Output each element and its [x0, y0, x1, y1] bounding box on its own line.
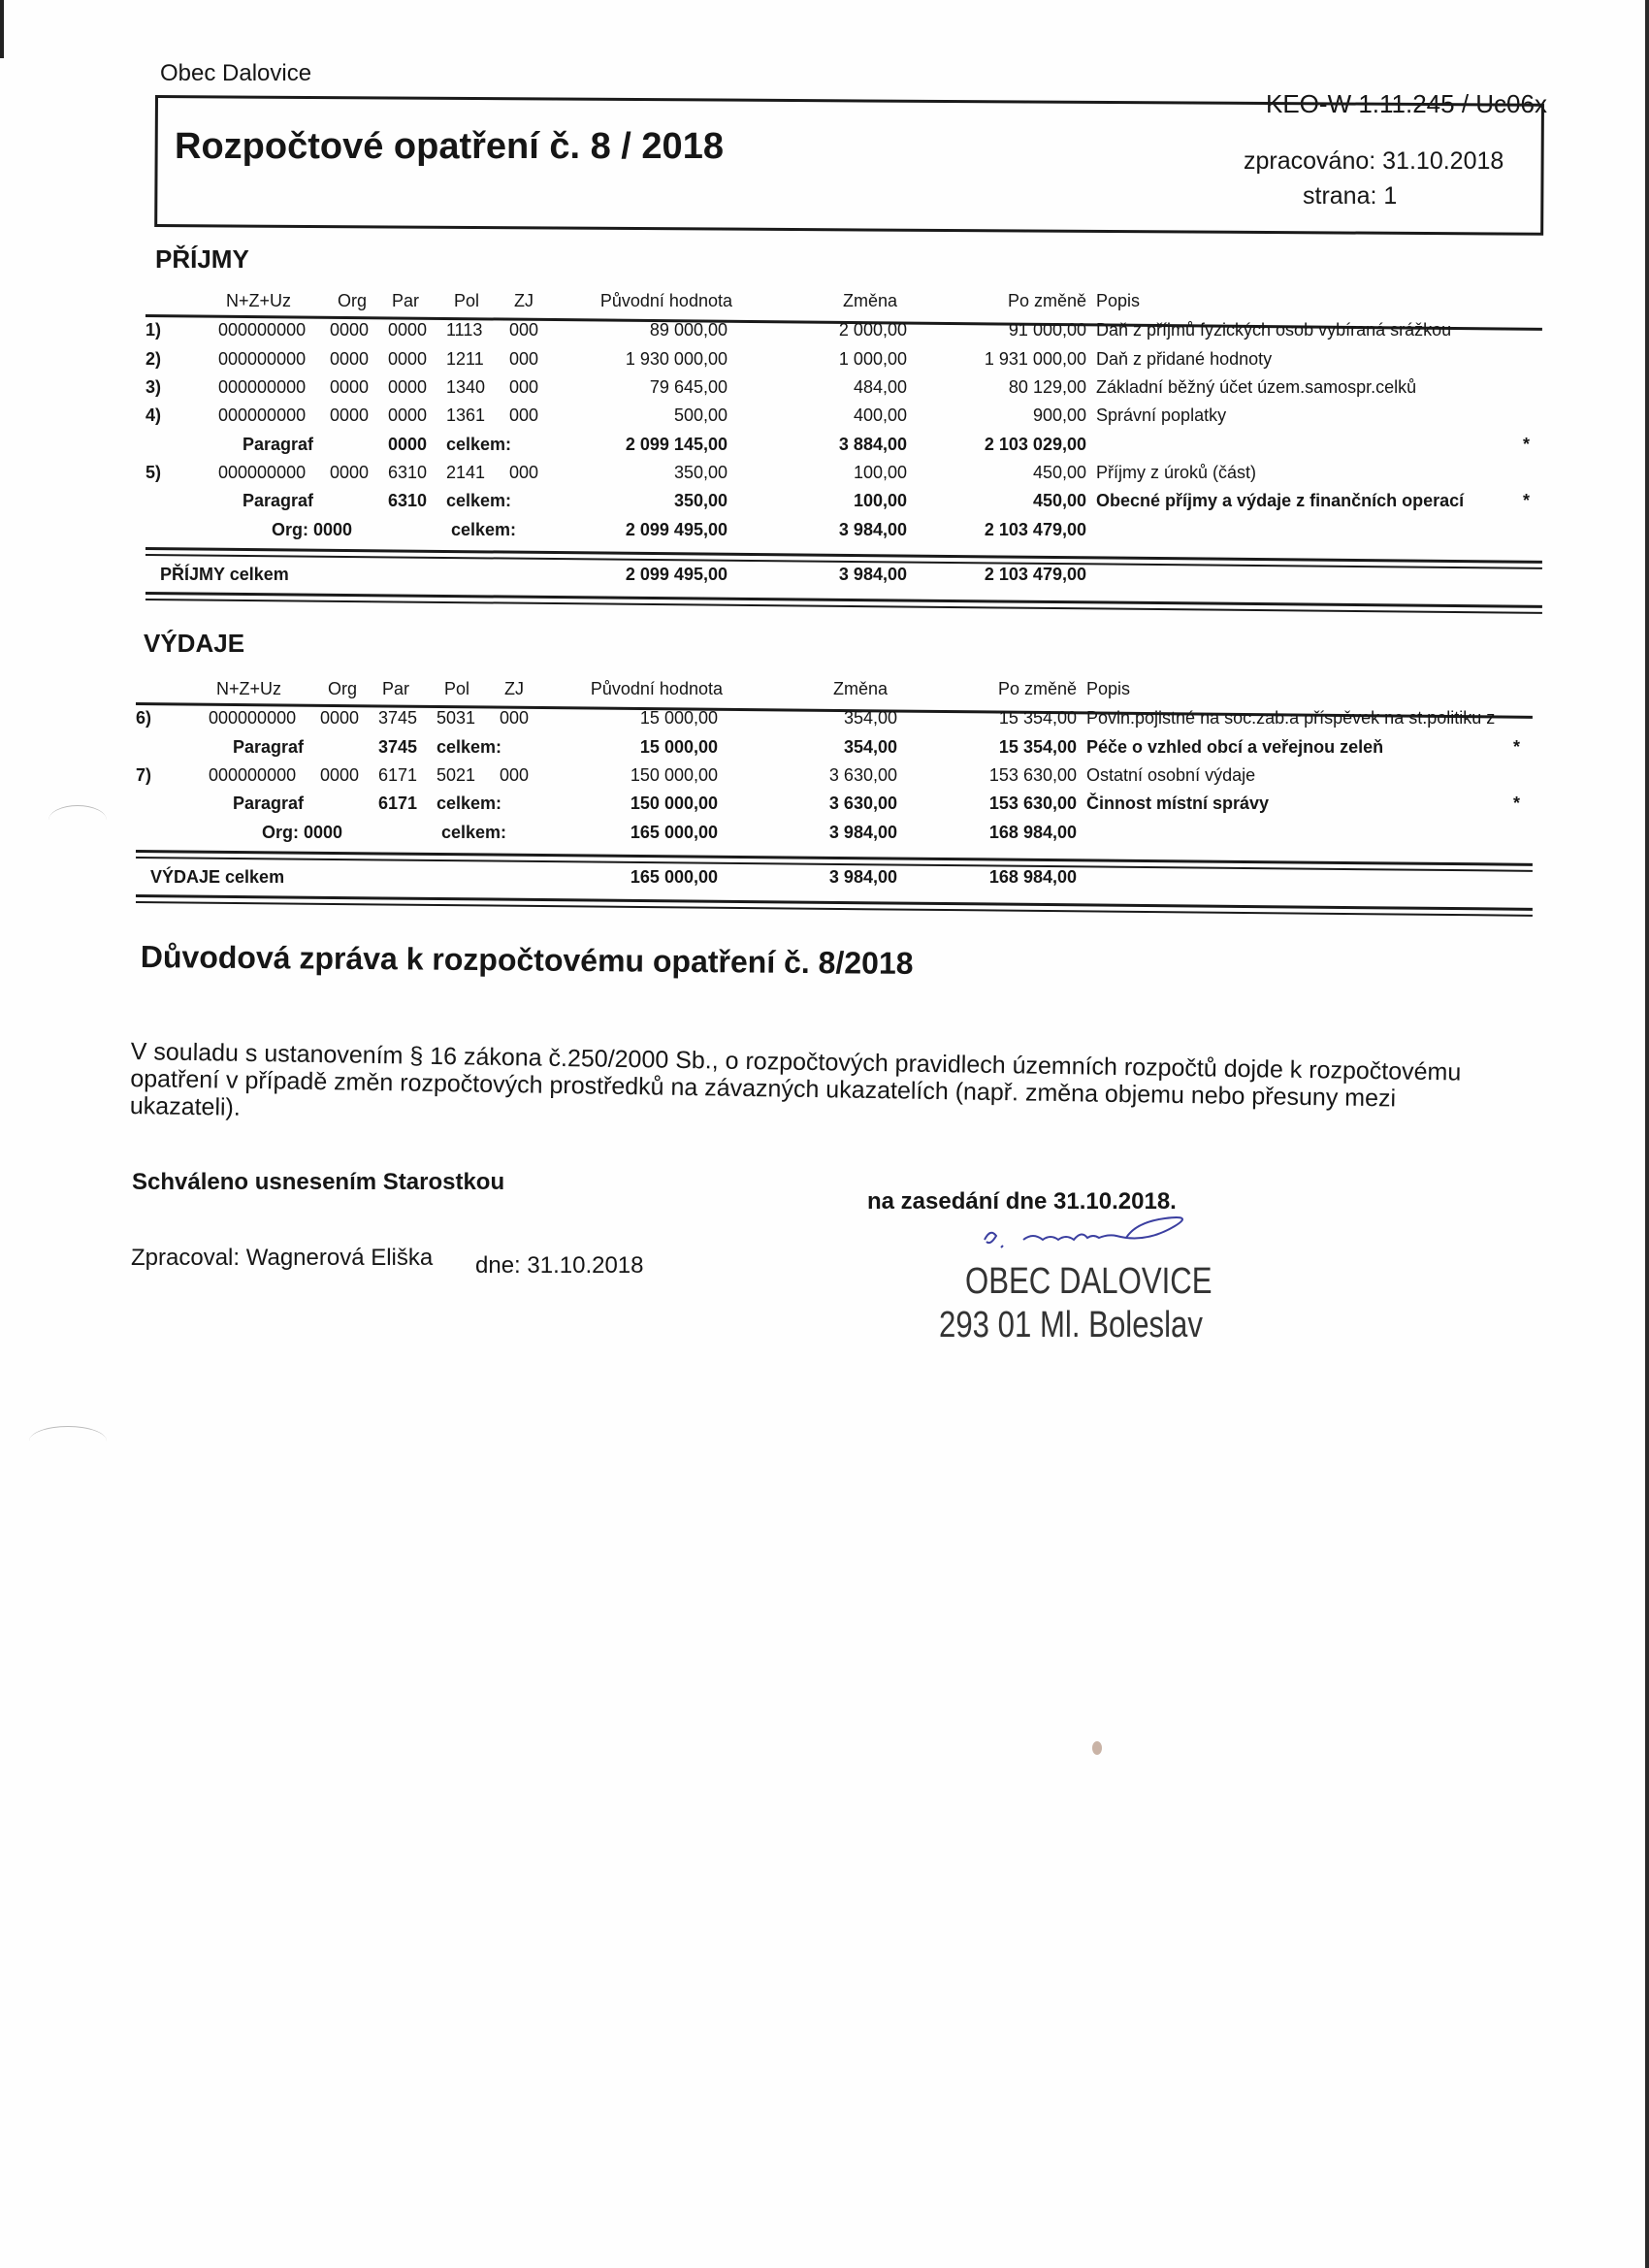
document-title: Rozpočtové opatření č. 8 / 2018: [175, 126, 724, 168]
subtotal-row: VÝDAJE celkem165 000,003 984,00168 984,0…: [136, 867, 1533, 892]
pol-cell: 1340: [446, 377, 485, 398]
column-header: Pol: [454, 291, 479, 311]
description-cell: Povin.pojistné na soc.zab.a příspěvek na…: [1086, 708, 1495, 729]
section-heading-vydaje: VÝDAJE: [144, 629, 244, 659]
signature-icon: [980, 1211, 1242, 1259]
table-row: 5)000000000000063102141000350,00100,0045…: [145, 463, 1542, 488]
paragraph-label: Paragraf: [242, 491, 313, 511]
row-number: 3): [145, 377, 161, 398]
pol-cell: 1113: [446, 320, 482, 340]
nzuz-cell: 000000000: [209, 708, 296, 729]
asterisk-mark: *: [1523, 491, 1530, 511]
pol-cell: 1361: [446, 405, 485, 426]
subtotal-row: Org: 0000celkem:2 099 495,003 984,002 10…: [145, 520, 1542, 545]
stamp-line1: OBEC DALOVICE: [965, 1261, 1212, 1303]
nzuz-cell: 000000000: [218, 463, 306, 483]
section-heading-prijmy: PŘÍJMY: [155, 244, 249, 275]
description-cell: Daň z příjmů fyzických osob vybíraná srá…: [1096, 320, 1451, 340]
column-header: Org: [328, 679, 357, 699]
org-cell: 0000: [330, 349, 369, 370]
page-value: 1: [1383, 182, 1397, 210]
total-suffix: celkem:: [446, 491, 511, 511]
subtotal-row: Paragraf0000celkem:2 099 145,003 884,002…: [145, 435, 1542, 460]
table-row: 1)00000000000000000111300089 000,002 000…: [145, 320, 1542, 345]
column-header: Změna: [684, 291, 897, 311]
total-suffix: celkem:: [436, 737, 501, 758]
organization-name: Obec Dalovice: [160, 60, 311, 87]
after-value: 450,00: [873, 463, 1086, 483]
column-header: Org: [338, 291, 367, 311]
table-header-row: N+Z+UzOrgParPolZJPůvodní hodnotaZměnaPo …: [136, 679, 1533, 704]
after-value: 153 630,00: [863, 765, 1077, 786]
after-total: 168 984,00: [863, 823, 1077, 843]
subtotal-row: PŘÍJMY celkem2 099 495,003 984,002 103 4…: [145, 565, 1542, 590]
report-title: Důvodová zpráva k rozpočtovému opatření …: [141, 939, 914, 982]
scan-mark: [29, 1426, 107, 1456]
total-suffix: celkem:: [441, 823, 506, 843]
description-cell: Příjmy z úroků (část): [1096, 463, 1256, 483]
scan-edge: [0, 0, 4, 58]
page-number: strana: 1: [1303, 182, 1397, 211]
after-grand-total: 168 984,00: [863, 867, 1077, 888]
paragraph-code: 6310: [388, 491, 427, 511]
column-header: Po změně: [863, 679, 1077, 699]
description-cell: Správní poplatky: [1096, 405, 1226, 426]
table-row: 2)0000000000000000012110001 930 000,001 …: [145, 349, 1542, 374]
after-value: 91 000,00: [873, 320, 1086, 340]
after-value: 900,00: [873, 405, 1086, 426]
prepared-by: Zpracoval: Wagnerová Eliška: [131, 1245, 433, 1272]
pol-cell: 5021: [436, 765, 475, 786]
row-number: 4): [145, 405, 161, 426]
total-suffix: celkem:: [436, 794, 501, 814]
description-cell: Ostatní osobní výdaje: [1086, 765, 1255, 786]
column-header: N+Z+Uz: [216, 679, 281, 699]
table-row: 6)00000000000003745503100015 000,00354,0…: [136, 708, 1533, 733]
org-total-label: Org: 0000: [262, 823, 342, 843]
asterisk-mark: *: [1513, 794, 1520, 814]
asterisk-mark: *: [1523, 435, 1530, 455]
description-cell: Základní běžný účet územ.samospr.celků: [1096, 377, 1416, 398]
subtotal-row: Paragraf6310celkem:350,00100,00450,00Obe…: [145, 491, 1542, 516]
scan-edge: [1645, 0, 1649, 2268]
row-number: 2): [145, 349, 161, 370]
nzuz-cell: 000000000: [218, 320, 306, 340]
par-cell: 0000: [388, 405, 427, 426]
scan-speck: [1092, 1741, 1102, 1755]
column-header: Po změně: [873, 291, 1086, 311]
row-number: 6): [136, 708, 151, 729]
par-cell: 6310: [388, 463, 427, 483]
paragraph-code: 0000: [388, 435, 427, 455]
nzuz-cell: 000000000: [218, 377, 306, 398]
paragraph-label: Paragraf: [233, 794, 304, 814]
after-total: 2 103 479,00: [873, 520, 1086, 540]
column-header: Par: [392, 291, 419, 311]
after-value: 15 354,00: [863, 708, 1077, 729]
nzuz-cell: 000000000: [209, 765, 296, 786]
column-header: Popis: [1086, 679, 1130, 699]
par-cell: 0000: [388, 349, 427, 370]
org-total-label: Org: 0000: [272, 520, 352, 540]
after-grand-total: 2 103 479,00: [873, 565, 1086, 585]
column-header: N+Z+Uz: [226, 291, 291, 311]
par-cell: 6171: [378, 765, 417, 786]
paragraph-description: Obecné příjmy a výdaje z finančních oper…: [1096, 491, 1464, 511]
stamp-line2: 293 01 Ml. Boleslav: [939, 1305, 1203, 1346]
processed-label: zpracováno:: [1244, 147, 1375, 175]
table-row: 4)000000000000000001361000500,00400,0090…: [145, 405, 1542, 431]
table-row: 7)000000000000061715021000150 000,003 63…: [136, 765, 1533, 791]
column-header: Popis: [1096, 291, 1140, 311]
after-total: 2 103 029,00: [873, 435, 1086, 455]
scan-mark: [48, 805, 107, 835]
total-suffix: celkem:: [446, 435, 511, 455]
pol-cell: 1211: [446, 349, 484, 370]
paragraph-label: Paragraf: [233, 737, 304, 758]
org-cell: 0000: [320, 708, 359, 729]
after-total: 153 630,00: [863, 794, 1077, 814]
scanned-page: Obec Dalovice KEO-W 1.11.245 / Uc06x Roz…: [0, 0, 1649, 2268]
org-cell: 0000: [320, 765, 359, 786]
org-cell: 0000: [330, 377, 369, 398]
paragraph-code: 6171: [378, 794, 417, 814]
table-header-row: N+Z+UzOrgParPolZJPůvodní hodnotaZměnaPo …: [145, 291, 1542, 316]
column-header: Par: [382, 679, 409, 699]
row-number: 5): [145, 463, 161, 483]
report-paragraph: V souladu s ustanovením § 16 zákona č.25…: [130, 1038, 1528, 1142]
total-suffix: celkem:: [451, 520, 516, 540]
row-number: 7): [136, 765, 151, 786]
subtotal-row: Paragraf6171celkem:150 000,003 630,00153…: [136, 794, 1533, 819]
prepared-date: dne: 31.10.2018: [475, 1252, 644, 1280]
org-cell: 0000: [330, 405, 369, 426]
after-value: 1 931 000,00: [873, 349, 1086, 370]
table-row: 3)00000000000000000134000079 645,00484,0…: [145, 377, 1542, 403]
pol-cell: 5031: [436, 708, 475, 729]
after-total: 450,00: [873, 491, 1086, 511]
org-cell: 0000: [330, 463, 369, 483]
column-header: Změna: [674, 679, 888, 699]
processed-date: zpracováno: 31.10.2018: [1244, 147, 1503, 176]
page-label: strana:: [1303, 182, 1376, 210]
column-header: Pol: [444, 679, 469, 699]
par-cell: 0000: [388, 320, 427, 340]
approval-text: Schváleno usnesením Starostkou: [132, 1169, 504, 1196]
asterisk-mark: *: [1513, 737, 1520, 758]
description-cell: Daň z přidané hodnoty: [1096, 349, 1272, 370]
processed-value: 31.10.2018: [1382, 147, 1503, 175]
grand-total-label: PŘÍJMY celkem: [160, 565, 289, 585]
paragraph-code: 3745: [378, 737, 417, 758]
par-cell: 3745: [378, 708, 417, 729]
paragraph-label: Paragraf: [242, 435, 313, 455]
paragraph-description: Péče o vzhled obcí a veřejnou zeleň: [1086, 737, 1383, 758]
after-total: 15 354,00: [863, 737, 1077, 758]
grand-total-label: VÝDAJE celkem: [150, 867, 284, 888]
pol-cell: 2141: [446, 463, 485, 483]
subtotal-row: Org: 0000celkem:165 000,003 984,00168 98…: [136, 823, 1533, 848]
org-cell: 0000: [330, 320, 369, 340]
nzuz-cell: 000000000: [218, 405, 306, 426]
par-cell: 0000: [388, 377, 427, 398]
nzuz-cell: 000000000: [218, 349, 306, 370]
subtotal-row: Paragraf3745celkem:15 000,00354,0015 354…: [136, 737, 1533, 762]
paragraph-description: Činnost místní správy: [1086, 794, 1269, 814]
row-number: 1): [145, 320, 161, 340]
after-value: 80 129,00: [873, 377, 1086, 398]
